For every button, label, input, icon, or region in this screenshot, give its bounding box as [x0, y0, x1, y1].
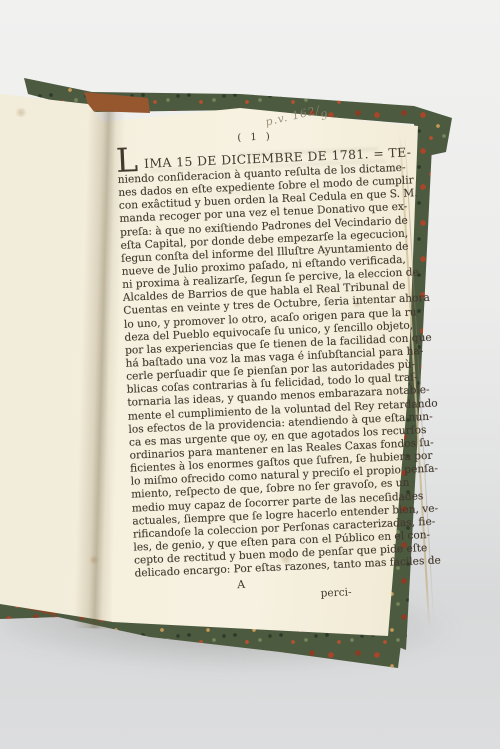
body-text: niendo conſideracion à quanto reſulta de… — [118, 162, 413, 581]
drop-cap-initial: L — [115, 143, 139, 177]
text-block: ( 1 ) LIMA 15 DE DICIEMBRE DE 1781. = TE… — [116, 126, 414, 609]
foxing-spot — [88, 556, 100, 564]
pencil-annotation-shelfmark-denominator: 9 — [319, 109, 330, 123]
photo: p.v. 162/9 ( 1 ) LIMA 15 DE DICIEMBRE DE… — [0, 0, 500, 749]
foxing-spot — [14, 108, 28, 117]
